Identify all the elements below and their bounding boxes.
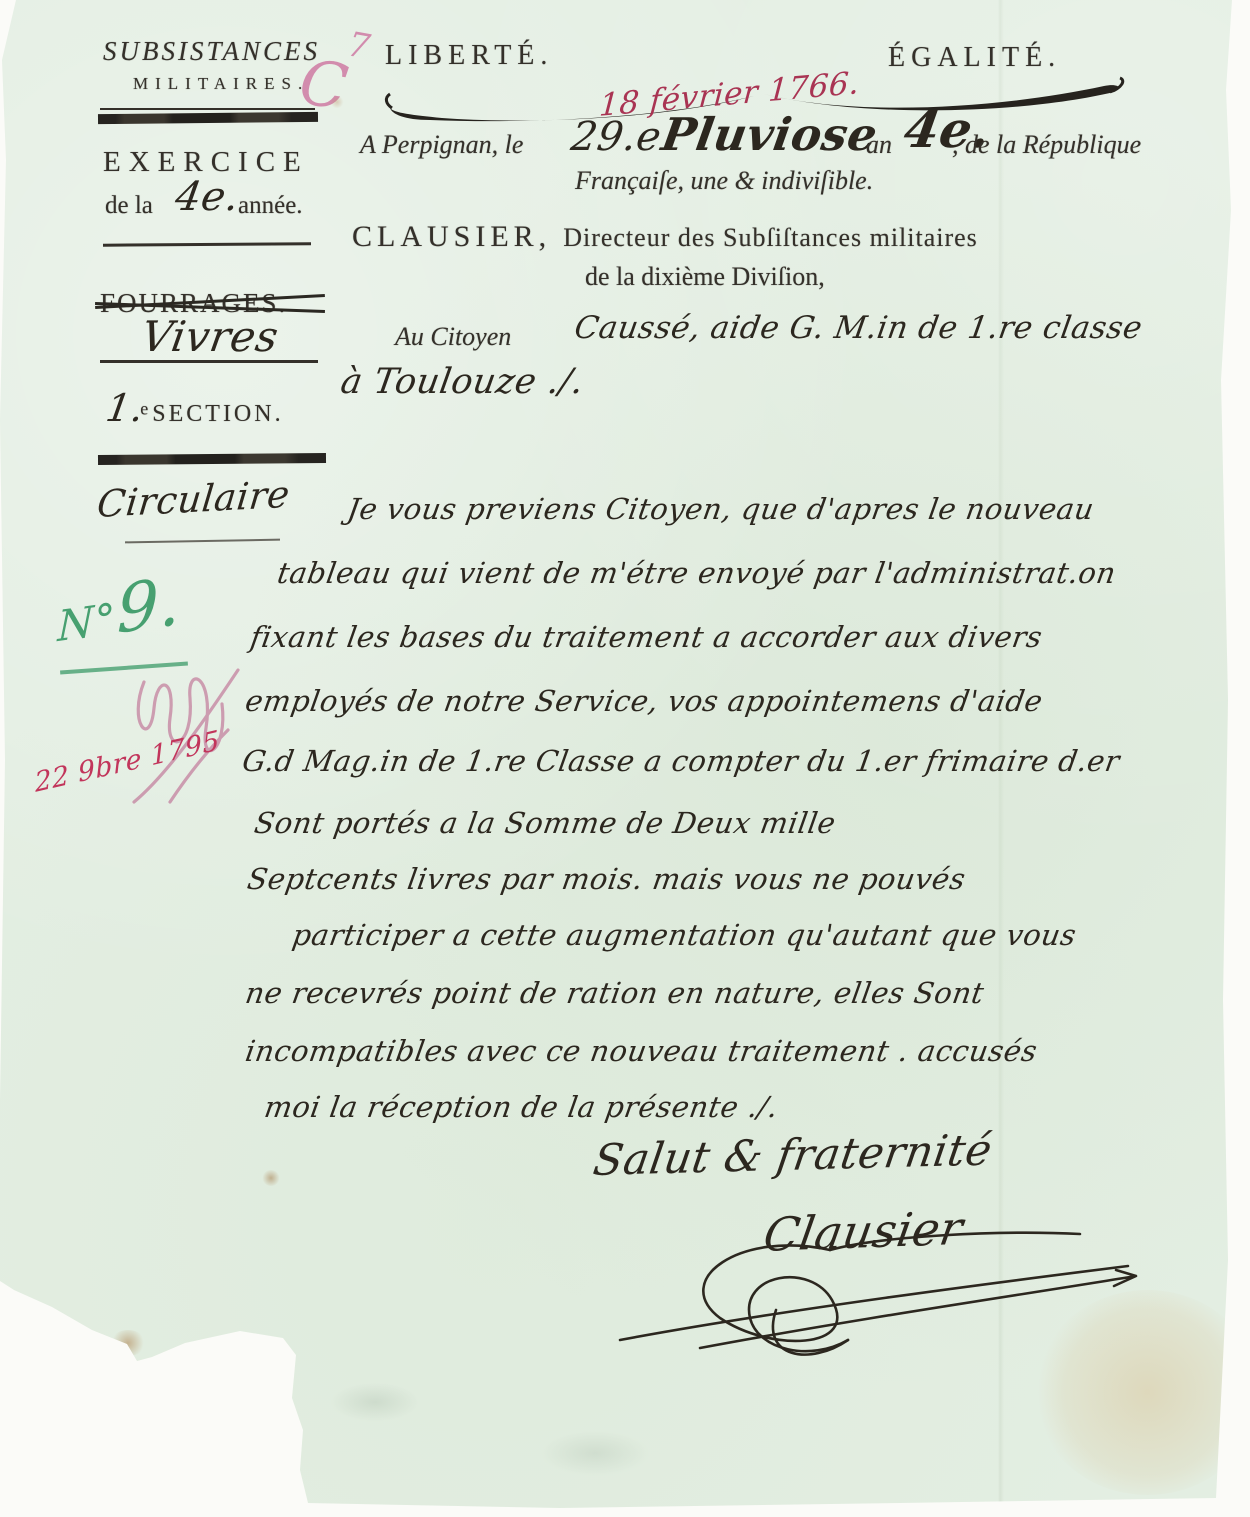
exercice-prefix: de la (105, 192, 153, 220)
stamp-militaires: MILITAIRES. (133, 74, 309, 94)
seal-stain (1035, 1290, 1250, 1495)
closing-salutation: Salut & fraternité (590, 1125, 995, 1186)
addressee-hand: Caussé, aide G. M.in de 1.re classe (572, 310, 1145, 346)
egalite-motto: ÉGALITÉ. (888, 42, 1061, 74)
body-line: fixant les bases du traitement a accorde… (248, 620, 1045, 654)
dateline-an: an (866, 130, 892, 160)
body-line: G.d Mag.in de 1.re Classe a compter du 1… (240, 744, 1122, 778)
body-line: incompatibles avec ce nouveau traitement… (243, 1034, 1040, 1068)
registry-seven-mark: 7 (345, 24, 373, 67)
numero-symbol: N° (57, 593, 116, 651)
section-number-hand: 1. (103, 386, 147, 430)
body-line: employés de notre Service, vos appointem… (243, 684, 1045, 718)
addressee-hand-line2: à Toulouze ./. (338, 362, 587, 402)
circulaire-note: Circulaire (95, 473, 292, 526)
exercice-suffix: année. (238, 192, 303, 220)
ghost-smudge (540, 1430, 650, 1476)
section-word: SECTION. (152, 401, 283, 427)
dateline-month-hand: Pluviose (658, 108, 881, 161)
director-title2: de la dixième Diviſion, (585, 262, 825, 292)
body-line: participer a cette augmentation qu'autan… (290, 918, 1079, 952)
body-line: ne recevrés point de ration en nature, e… (243, 976, 987, 1010)
rule-thin-top (100, 108, 315, 110)
body-line: Sont portés a la Somme de Deux mille (252, 806, 838, 840)
rule-thick-top (98, 112, 318, 124)
rule-under-exercice (103, 242, 311, 246)
foxing-spot (330, 96, 344, 108)
section-line: 1.e SECTION. (103, 386, 284, 430)
exercice-year-hand: 4e. (172, 174, 243, 220)
letter-paper: SUBSISTANCES MILITAIRES. EXERCICE de la … (0, 0, 1250, 1517)
number-mark-green: N°9. (47, 564, 179, 657)
director-title: Directeur des Subſiſtances militaires (563, 223, 978, 252)
tear-stain (110, 1330, 146, 1356)
addressee-printed: Au Citoyen (395, 322, 511, 352)
vivres-hand: Vivres (138, 312, 282, 361)
dateline-republique2: Françaiſe, une & indiviſible. (575, 166, 873, 196)
stamp-subsistances: SUBSISTANCES (103, 36, 320, 67)
dateline-place: A Perpignan, le (360, 130, 523, 160)
small-spot-stain (262, 1170, 280, 1186)
director-name: CLAUSIER, (352, 220, 551, 253)
director-line: CLAUSIER, Directeur des Subſiſtances mil… (352, 220, 978, 254)
dateline-republique: , de la République (952, 130, 1141, 160)
rule-thick-bottom (98, 453, 326, 465)
circulaire-underline (125, 539, 280, 543)
body-line: Septcents livres par mois. mais vous ne … (245, 862, 968, 896)
ghost-smudge (330, 1382, 420, 1422)
rule-under-vivres (100, 360, 318, 363)
body-line: Je vous previens Citoyen, que d'apres le… (345, 492, 1097, 526)
liberte-motto: LIBERTÉ. (385, 40, 553, 72)
body-line: moi la réception de la présente ./. (262, 1090, 781, 1124)
registry-c-mark: C (295, 45, 352, 124)
body-line: tableau qui vient de m'étre envoyé par l… (275, 556, 1119, 590)
numero-value: 9. (116, 562, 181, 649)
dateline-day-hand: 29.e (568, 114, 665, 160)
